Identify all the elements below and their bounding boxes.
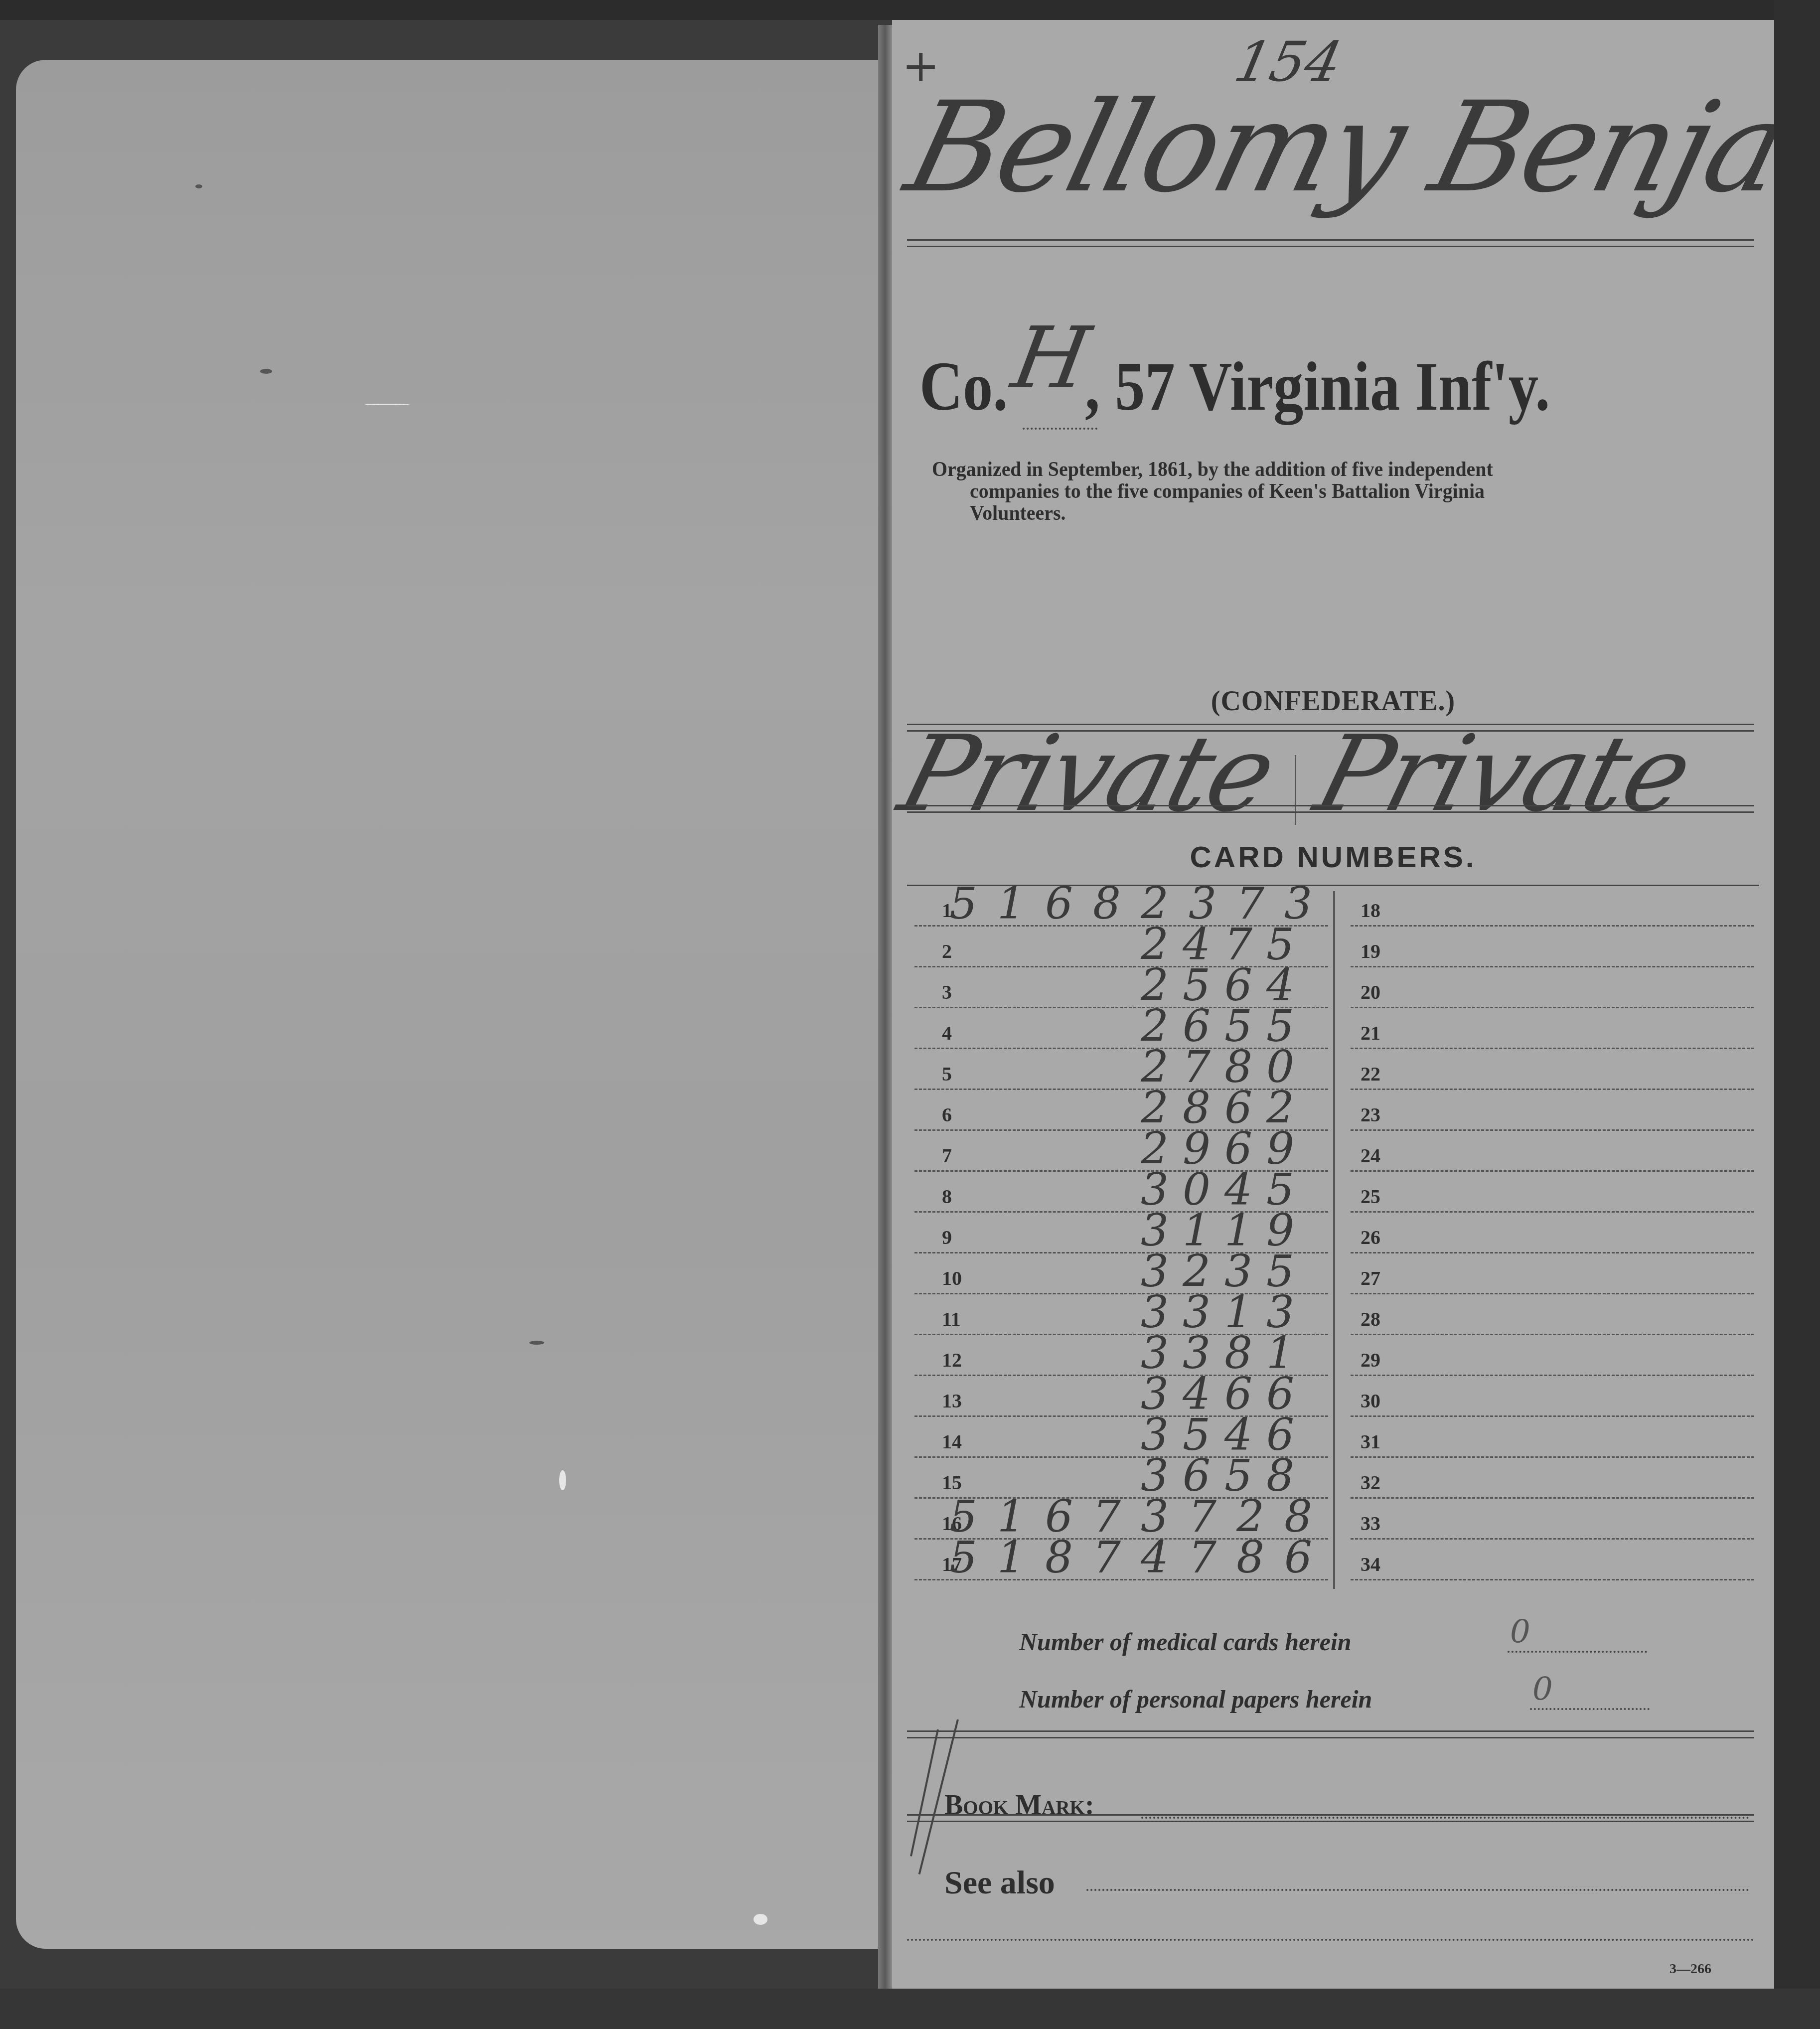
medical-cards-field: 0 bbox=[1508, 1626, 1647, 1653]
organization-note: Organized in September, 1861, by the add… bbox=[932, 459, 1652, 524]
paper-scratch bbox=[365, 404, 410, 405]
paper-scratch bbox=[559, 1470, 566, 1490]
card-numbers-table: 151682373 22475 32564 42655 52780 62862 … bbox=[907, 885, 1759, 1589]
see-also-label: See also bbox=[944, 1864, 1055, 1902]
table-row: 25 bbox=[1351, 1172, 1754, 1213]
table-row: 27 bbox=[1351, 1254, 1754, 1294]
table-row: 28 bbox=[1351, 1295, 1754, 1335]
check-mark-stroke bbox=[910, 1729, 939, 1857]
medical-cards-label: Number of medical cards herein bbox=[1019, 1627, 1352, 1656]
table-row: 26 bbox=[1351, 1213, 1754, 1253]
table-row: 33 bbox=[1351, 1499, 1754, 1540]
rank-divider bbox=[1295, 755, 1296, 825]
scan-frame-right bbox=[1774, 0, 1820, 2029]
folder-spine bbox=[878, 25, 892, 1989]
regiment-heading: Co., 57 Virginia Inf'y. bbox=[919, 346, 1550, 427]
service-record-card: + 154 Bellomy Benjamin F. H Co., 57 Virg… bbox=[892, 20, 1774, 1989]
company-fill-line bbox=[1023, 428, 1097, 430]
table-row: 1751874786 bbox=[914, 1540, 1328, 1580]
medical-cards-value: 0 bbox=[1510, 1614, 1530, 1651]
personal-papers-field: 0 bbox=[1530, 1683, 1650, 1710]
organization-note-line3: Volunteers. bbox=[932, 502, 1652, 524]
company-label: Co. bbox=[919, 348, 1008, 425]
paper-speck bbox=[754, 1914, 767, 1925]
table-row: 31 bbox=[1351, 1417, 1754, 1458]
paper-speck bbox=[195, 184, 202, 188]
personal-papers-value: 0 bbox=[1532, 1671, 1553, 1708]
card-number-value: 51874786 bbox=[949, 1532, 1332, 1583]
name-underline bbox=[907, 239, 1754, 247]
table-row: 20 bbox=[1351, 968, 1754, 1008]
see-also-field bbox=[1086, 1864, 1749, 1891]
table-row: 22 bbox=[1351, 1050, 1754, 1090]
blank-left-page bbox=[16, 60, 886, 1949]
paper-speck bbox=[260, 369, 272, 374]
table-row: 30 bbox=[1351, 1377, 1754, 1417]
table-row: 19 bbox=[1351, 927, 1754, 967]
rank-out: Private bbox=[1304, 713, 1702, 835]
bottom-rule bbox=[907, 1914, 1754, 1941]
form-number: 3—266 bbox=[1669, 1961, 1711, 1977]
table-row: 34 bbox=[1351, 1540, 1754, 1580]
bookmark-top-line bbox=[907, 1730, 1754, 1738]
table-row: 18 bbox=[1351, 886, 1754, 927]
card-numbers-heading: CARD NUMBERS. bbox=[892, 840, 1774, 874]
scan-frame-bottom bbox=[0, 1989, 1820, 2029]
table-row: 24 bbox=[1351, 1131, 1754, 1172]
rank-in: Private bbox=[888, 713, 1286, 835]
organization-note-line2: companies to the five companies of Keen'… bbox=[932, 480, 1652, 502]
table-row: 23 bbox=[1351, 1091, 1754, 1131]
table-row: 21 bbox=[1351, 1009, 1754, 1049]
paper-speck bbox=[529, 1341, 544, 1345]
soldier-name: Bellomy Benjamin F. bbox=[894, 75, 1820, 220]
personal-papers-label: Number of personal papers herein bbox=[1019, 1685, 1372, 1714]
table-column-divider bbox=[1333, 891, 1335, 1589]
table-row: 29 bbox=[1351, 1336, 1754, 1376]
rank-bottom-line bbox=[907, 805, 1754, 813]
organization-note-line1: Organized in September, 1861, by the add… bbox=[932, 459, 1652, 480]
scan-frame-top bbox=[0, 0, 1820, 20]
table-row: 32 bbox=[1351, 1458, 1754, 1499]
bookmark-bottom-line bbox=[907, 1814, 1754, 1822]
regiment-name: , 57 Virginia Inf'y. bbox=[1085, 348, 1550, 425]
